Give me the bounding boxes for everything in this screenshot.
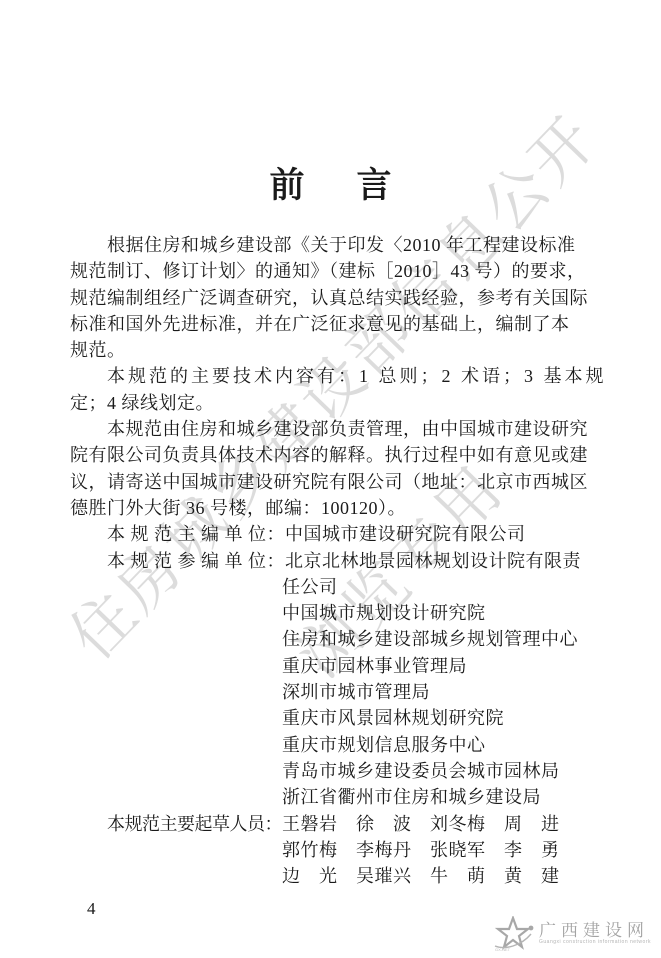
star-icon: GX-NET xyxy=(491,916,535,952)
page-number: 4 xyxy=(87,899,96,919)
participating-unit: 青岛市城乡建设委员会城市园林局 xyxy=(282,758,594,784)
drafter-names: 郭竹梅 李梅丹 张晓军 李 勇 xyxy=(282,837,594,863)
paragraph-line: 院有限公司负责具体技术内容的解释。执行过程中如有意见或建 xyxy=(70,442,594,468)
participating-unit: 浙江省衢州市住房和城乡建设局 xyxy=(282,784,594,810)
participating-unit-row: 浙江省衢州市住房和城乡建设局 xyxy=(70,784,594,810)
title-char-2: 言 xyxy=(357,166,392,205)
paragraph-line: 本规范由住房和城乡建设部负责管理，由中国城市建设研究 xyxy=(70,416,594,442)
participating-unit-row: 本 规 范 参 编 单 位： 北京北林地景园林规划设计院有限责 xyxy=(70,548,594,574)
paragraph-line: 规范编制组经广泛调查研究，认真总结实践经验，参考有关国际 xyxy=(70,285,594,311)
participating-unit-row: 任公司 xyxy=(70,574,594,600)
participating-unit: 中国城市规划设计研究院 xyxy=(282,600,594,626)
participating-unit-row: 中国城市规划设计研究院 xyxy=(70,600,594,626)
participating-unit: 重庆市规划信息服务中心 xyxy=(282,732,594,758)
participating-unit: 深圳市城市管理局 xyxy=(282,679,594,705)
participating-unit: 任公司 xyxy=(282,574,594,600)
document-page: 住房城乡建设部信息公开 浏览专用 前言 根据住房和城乡建设部《关于印发〈2010… xyxy=(0,0,661,958)
paragraph-line: 定；4 绿线划定。 xyxy=(70,390,594,416)
paragraph-line: 根据住房和城乡建设部《关于印发〈2010 年工程建设标准 xyxy=(70,232,594,258)
page-title: 前言 xyxy=(0,158,661,208)
svg-text:GX-NET: GX-NET xyxy=(495,947,511,952)
logo-tagline: Guangxi construction information network xyxy=(539,939,651,946)
drafters-label: 本规范主要起草人员： xyxy=(107,811,282,837)
paragraph-line: 规范。 xyxy=(70,337,594,363)
participating-unit: 重庆市风景园林规划研究院 xyxy=(282,705,594,731)
drafters-row: 边 光 吴璀兴 牛 萌 黄 建 xyxy=(70,863,594,889)
participating-unit-row: 住房和城乡建设部城乡规划管理中心 xyxy=(70,626,594,652)
participating-unit-row: 重庆市风景园林规划研究院 xyxy=(70,705,594,731)
participating-unit-row: 青岛市城乡建设委员会城市园林局 xyxy=(70,758,594,784)
drafter-names: 边 光 吴璀兴 牛 萌 黄 建 xyxy=(282,863,594,889)
drafters-row: 郭竹梅 李梅丹 张晓军 李 勇 xyxy=(70,837,594,863)
chief-editor-value: 中国城市建设研究院有限公司 xyxy=(285,521,594,547)
paragraph-line: 议，请寄送中国城市建设研究院有限公司（地址：北京市西城区 xyxy=(70,469,594,495)
title-char-1: 前 xyxy=(269,166,304,205)
site-logo: GX-NET 广西建设网 Guangxi construction inform… xyxy=(491,916,651,952)
paragraph-line: 本规范的主要技术内容有：1 总则；2 术语；3 基本规 xyxy=(70,363,594,389)
document-body: 根据住房和城乡建设部《关于印发〈2010 年工程建设标准 规范制订、修订计划〉的… xyxy=(70,232,594,889)
paragraph-line: 标准和国外先进标准，并在广泛征求意见的基础上，编制了本 xyxy=(70,311,594,337)
paragraph-line: 德胜门外大街 36 号楼，邮编：100120）。 xyxy=(70,495,594,521)
participating-unit-row: 深圳市城市管理局 xyxy=(70,679,594,705)
paragraph-line: 规范制订、修订计划〉的通知》（建标［2010］43 号）的要求， xyxy=(70,258,594,284)
drafter-names: 王磐岩 徐 波 刘冬梅 周 进 xyxy=(282,811,594,837)
participating-units-label: 本 规 范 参 编 单 位： xyxy=(107,548,285,574)
participating-unit-row: 重庆市园林事业管理局 xyxy=(70,653,594,679)
logo-text: 广西建设网 xyxy=(539,922,651,939)
participating-unit-row: 重庆市规划信息服务中心 xyxy=(70,732,594,758)
chief-editor-label: 本 规 范 主 编 单 位： xyxy=(107,521,285,547)
participating-unit: 北京北林地景园林规划设计院有限责 xyxy=(285,548,594,574)
chief-editor-row: 本 规 范 主 编 单 位： 中国城市建设研究院有限公司 xyxy=(70,521,594,547)
drafters-row: 本规范主要起草人员： 王磐岩 徐 波 刘冬梅 周 进 xyxy=(70,811,594,837)
participating-unit: 重庆市园林事业管理局 xyxy=(282,653,594,679)
participating-unit: 住房和城乡建设部城乡规划管理中心 xyxy=(282,626,594,652)
logo-text-block: 广西建设网 Guangxi construction information n… xyxy=(539,922,651,946)
